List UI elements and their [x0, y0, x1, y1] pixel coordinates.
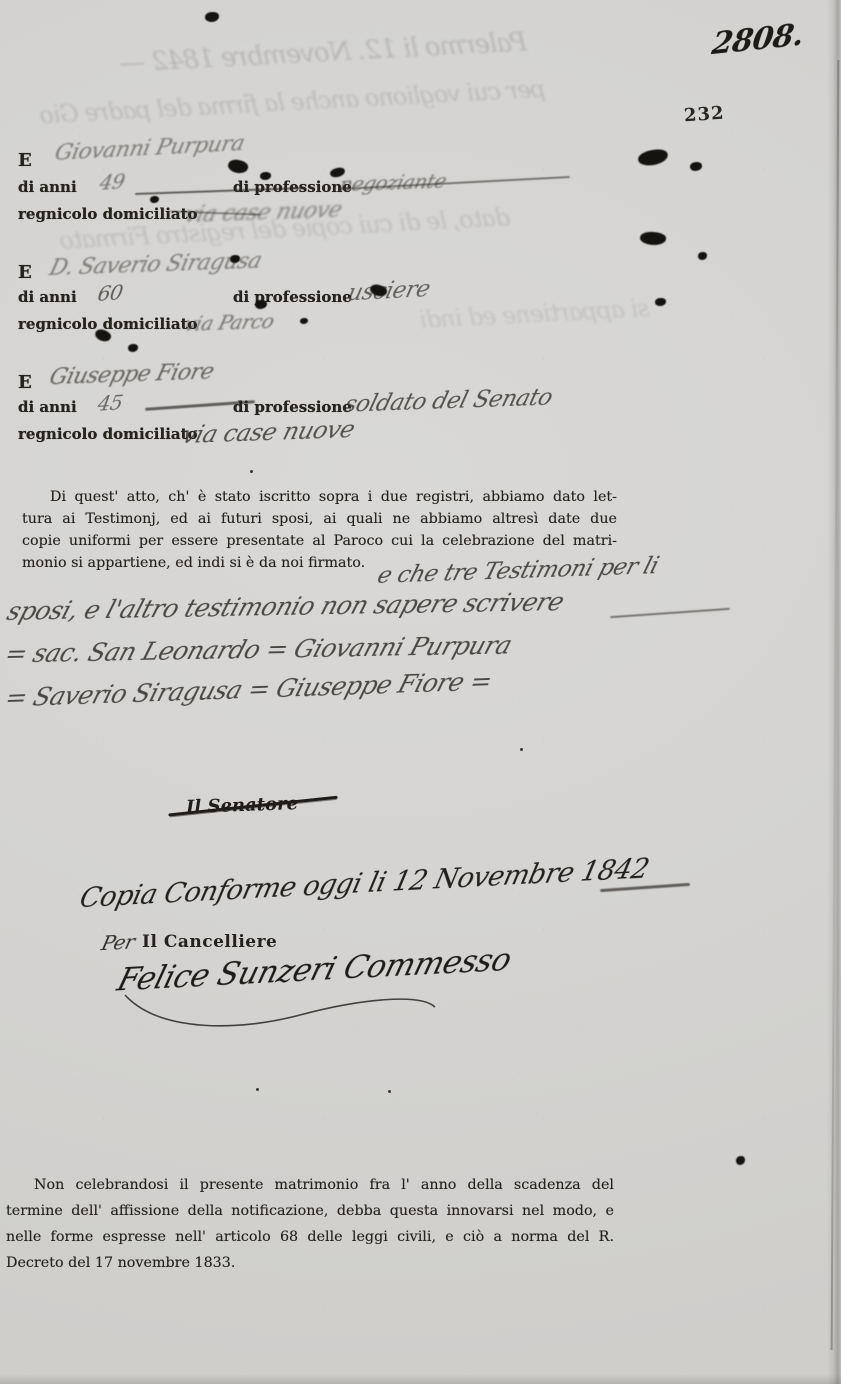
witness3-age-label: di anni [18, 398, 77, 416]
witness3-domicile-value: via case nuove [179, 415, 358, 449]
signature-flourish [120, 985, 440, 1035]
witness1-profession-value: negoziante [337, 168, 449, 196]
witness1-name: Giovanni Purpura [52, 131, 246, 166]
paragraph-line: tura ai Testimonj, ed ai futuri sposi, a… [22, 508, 617, 530]
ink-blot [698, 252, 707, 260]
ink-blot [300, 318, 308, 324]
witness2-age-value: 60 [96, 280, 125, 306]
witness2-profession-label: di professione [233, 288, 352, 306]
witness2-domicile-value: via Parco [182, 308, 277, 335]
paragraph-line: termine dell' affissione della notificaz… [6, 1198, 614, 1224]
ink-blot [227, 158, 250, 176]
witness3-profession-label: di professione [233, 398, 352, 416]
copy-conforme-line: Copia Conforme oggi li 12 Novembre 1842 [77, 853, 652, 914]
ink-speck [520, 748, 523, 751]
registry-number: 2808. [710, 17, 806, 62]
paragraph-line: Non celebrandosi il presente matrimonio … [6, 1172, 614, 1198]
ink-blot [637, 148, 669, 167]
ink-speck [388, 1090, 391, 1093]
ink-blot [205, 12, 219, 22]
attestation-line: sposi, e l'altro testimonio non sapere s… [4, 587, 568, 626]
ink-blot [255, 300, 267, 309]
witness3-domicile-label: regnicolo domiciliato [18, 425, 198, 443]
ink-blot [736, 1156, 745, 1165]
ink-speck [250, 470, 253, 473]
witness3-name: Giuseppe Fiore [47, 359, 217, 390]
chancellor-title: Il Cancelliere [142, 932, 277, 952]
witness3-prefix: E [18, 372, 32, 393]
ink-speck [256, 1088, 259, 1091]
ink-stroke [610, 608, 730, 618]
witness1-age-value: 49 [98, 169, 127, 195]
witness2-prefix: E [18, 262, 32, 283]
ink-blot [150, 196, 159, 203]
note-paragraph: Non celebrandosi il presente matrimonio … [6, 1172, 614, 1276]
paragraph-line: nelle forme espresse nell' articolo 68 d… [6, 1224, 614, 1250]
witness2-profession-value: usciere [345, 276, 433, 307]
witness1-prefix: E [18, 150, 32, 171]
bleedthrough-line: Palermo li 12. Novembre 1842 — [119, 27, 527, 78]
document-page: Palermo li 12. Novembre 1842 — per cui v… [0, 0, 841, 1384]
signature-line: = sac. San Leonardo = Giovanni Purpura [2, 631, 516, 669]
ink-blot [128, 344, 138, 352]
witness3-profession-value: soldato del Senato [342, 384, 556, 417]
bleedthrough-line: per cui vogliono anche la firma del padr… [40, 75, 547, 129]
ink-blot [690, 162, 702, 171]
witness1-profession-label: di professione [233, 178, 352, 196]
senatore-label-struck: Il Senatore [186, 793, 299, 818]
paragraph-line: copie uniformi per essere presentate al … [22, 530, 617, 552]
signature-line: = Saverio Siragusa = Giuseppe Fiore = [2, 666, 496, 712]
witness1-age-label: di anni [18, 178, 77, 196]
witness2-domicile-label: regnicolo domiciliato [18, 315, 198, 333]
page-number: 232 [683, 103, 725, 127]
paragraph-line: Di quest' atto, ch' è stato iscritto sop… [22, 486, 617, 508]
witness3-age-value: 45 [96, 390, 125, 416]
ink-blot [655, 298, 666, 306]
witness2-age-label: di anni [18, 288, 77, 306]
bleedthrough-line: si appartiene ed indi [419, 294, 650, 334]
ink-blot [639, 231, 666, 247]
page-bottom-shadow [0, 1374, 841, 1384]
witness1-domicile-label: regnicolo domiciliato [18, 205, 198, 223]
per-handwritten: Per [99, 929, 137, 955]
paragraph-line: Decreto del 17 novembre 1833. [6, 1250, 614, 1276]
